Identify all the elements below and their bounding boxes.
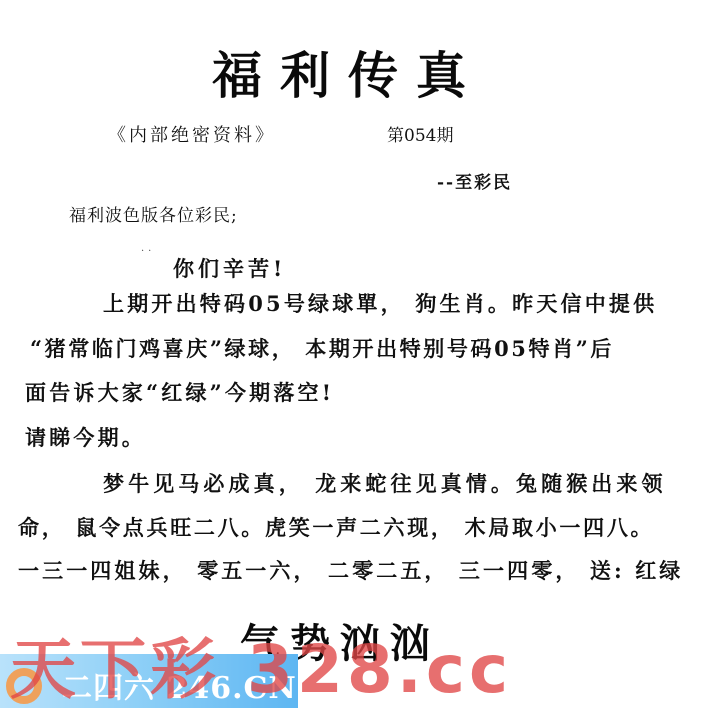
body-line: 一三一四姐妹， 零五一六， 二零二五， 三一四零， 送: 红绿 — [18, 555, 683, 585]
issue-number: 第054期 — [387, 121, 453, 146]
body-line: 命， 鼠令点兵旺二八。虎笑一声二六现， 木局取小一四八。 — [18, 512, 654, 542]
body-line: “猪常临门鸡喜庆”绿球， 本期开出特别号码05特肖”后 — [30, 333, 614, 363]
watermark-overlay-text: 天下彩 328.cc — [10, 616, 512, 708]
body-line: 上期开出特码05号绿球單， 狗生肖。昨天信中提供 — [103, 288, 657, 318]
body-line: 面告诉大家“红绿”今期落空! — [25, 377, 334, 407]
decorative-dots: ·· — [141, 246, 155, 257]
greeting: 福利波色版各位彩民; — [69, 201, 238, 226]
salutation: 你们辛苦! — [173, 253, 286, 283]
fax-document: 福利传真 《内部绝密资料》 第054期 --至彩民 福利波色版各位彩民; ·· … — [0, 0, 720, 708]
document-title: 福利传真 — [212, 36, 512, 108]
signature: --至彩民 — [437, 168, 512, 193]
body-line: 请睇今期。 — [25, 422, 146, 452]
body-line: 梦牛见马必成真， 龙来蛇往见真情。兔随猴出来领 — [103, 468, 667, 498]
document-subtitle: 《内部绝密资料》 — [108, 121, 276, 147]
